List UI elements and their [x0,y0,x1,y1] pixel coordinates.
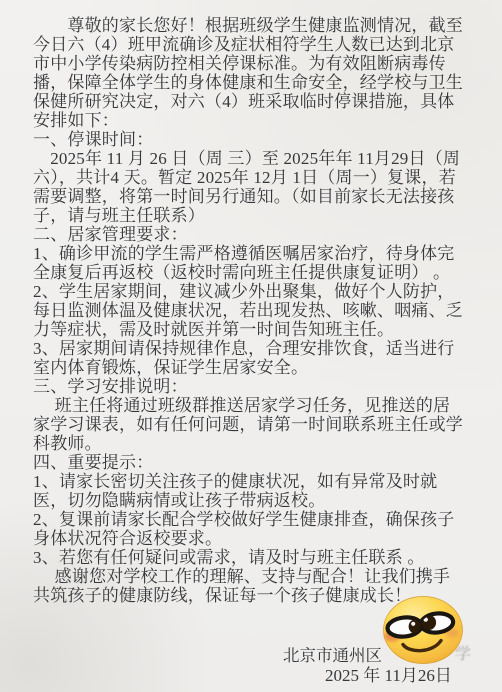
document-line: 班主任将通过班级群推送居家学习任务，见推送的居 [33,396,474,415]
document-line: 安排如下： [33,111,474,130]
document-line: 播，保障全体学生的身体健康和生命安全，经学校与卫生 [33,73,474,92]
document-line: 3、若您有任何疑问或需求，请及时与班主任联系 。 [33,548,474,567]
document-line: 二、居家管理要求： [33,225,474,244]
document-line: 2、学生居家期间，建议减少外出聚集，做好个人防护， [33,282,474,301]
document-line: 1、确诊甲流的学生需严格遵循医嘱居家治疗，待身体完 [33,244,474,263]
document-line: 三、学习安排说明： [33,377,474,396]
document-line: 今日六（4）班甲流确诊及症状相符学生人数已达到北京 [33,35,474,54]
emoji-glint-left [411,622,415,626]
document-line: 保健所研究决定，对六（4）班采取临时停课措施，具体 [33,92,474,111]
document-line: 市中小学传染病防控相关停课标准。为有效阻断病毒传 [33,54,474,73]
document-line: 六），共计4 天。暂定 2025年 12月 1日（周一）复课，若 [33,168,474,187]
document-line: 每日监测体温及健康状况，若出现发热、咳嗽、咽痛、乏 [33,301,474,320]
notice-body: 尊敬的家长您好！根据班级学生健康监测情况，截至今日六（4）班甲流确诊及症状相符学… [33,16,474,605]
document-line: 3、居家期间请保持规律作息，合理安排饮食，适当进行 [33,339,474,358]
smirk-emoji-sticker [381,595,465,665]
document-line: 室内体育锻炼，保证学生居家安全。 [33,358,474,377]
document-line: 需要调整，将第一时间另行通知。（如目前家长无法接孩 [33,187,474,206]
document-line: 四、重要提示： [33,453,474,472]
document-line: 子，请与班主任联系） [33,206,474,225]
document-line: 2025年 11 月 26 日（周 三）至 2025年年 11月29日（周 [33,149,474,168]
document-line: 家学习课表，如有任何问题，请第一时间联系班主任或学 [33,415,474,434]
document-line: 身体状况符合返校要求。 [33,529,474,548]
document-line: 力等症状，需及时就医并第一时间告知班主任。 [33,320,474,339]
document-line: 尊敬的家长您好！根据班级学生健康监测情况，截至 [33,16,474,35]
document-line: 一、停课时间： [33,130,474,149]
document-line: 医，切勿隐瞒病情或让孩子带病返校。 [33,491,474,510]
document-line: 1、请家长密切关注孩子的健康状况，如有异常及时就 [33,472,474,491]
document-line: 全康复后再返校（返校时需向班主任提供康复证明） 。 [33,263,474,282]
document-line: 感谢您对学校工作的理解、支持与配合！让我们携手 [33,567,474,586]
notice-photo: 尊敬的家长您好！根据班级学生健康监测情况，截至今日六（4）班甲流确诊及症状相符学… [0,0,502,692]
document-line: 科教师。 [33,434,474,453]
document-line: 2、复课前请家长配合学校做好学生健康排查，确保孩子 [33,510,474,529]
